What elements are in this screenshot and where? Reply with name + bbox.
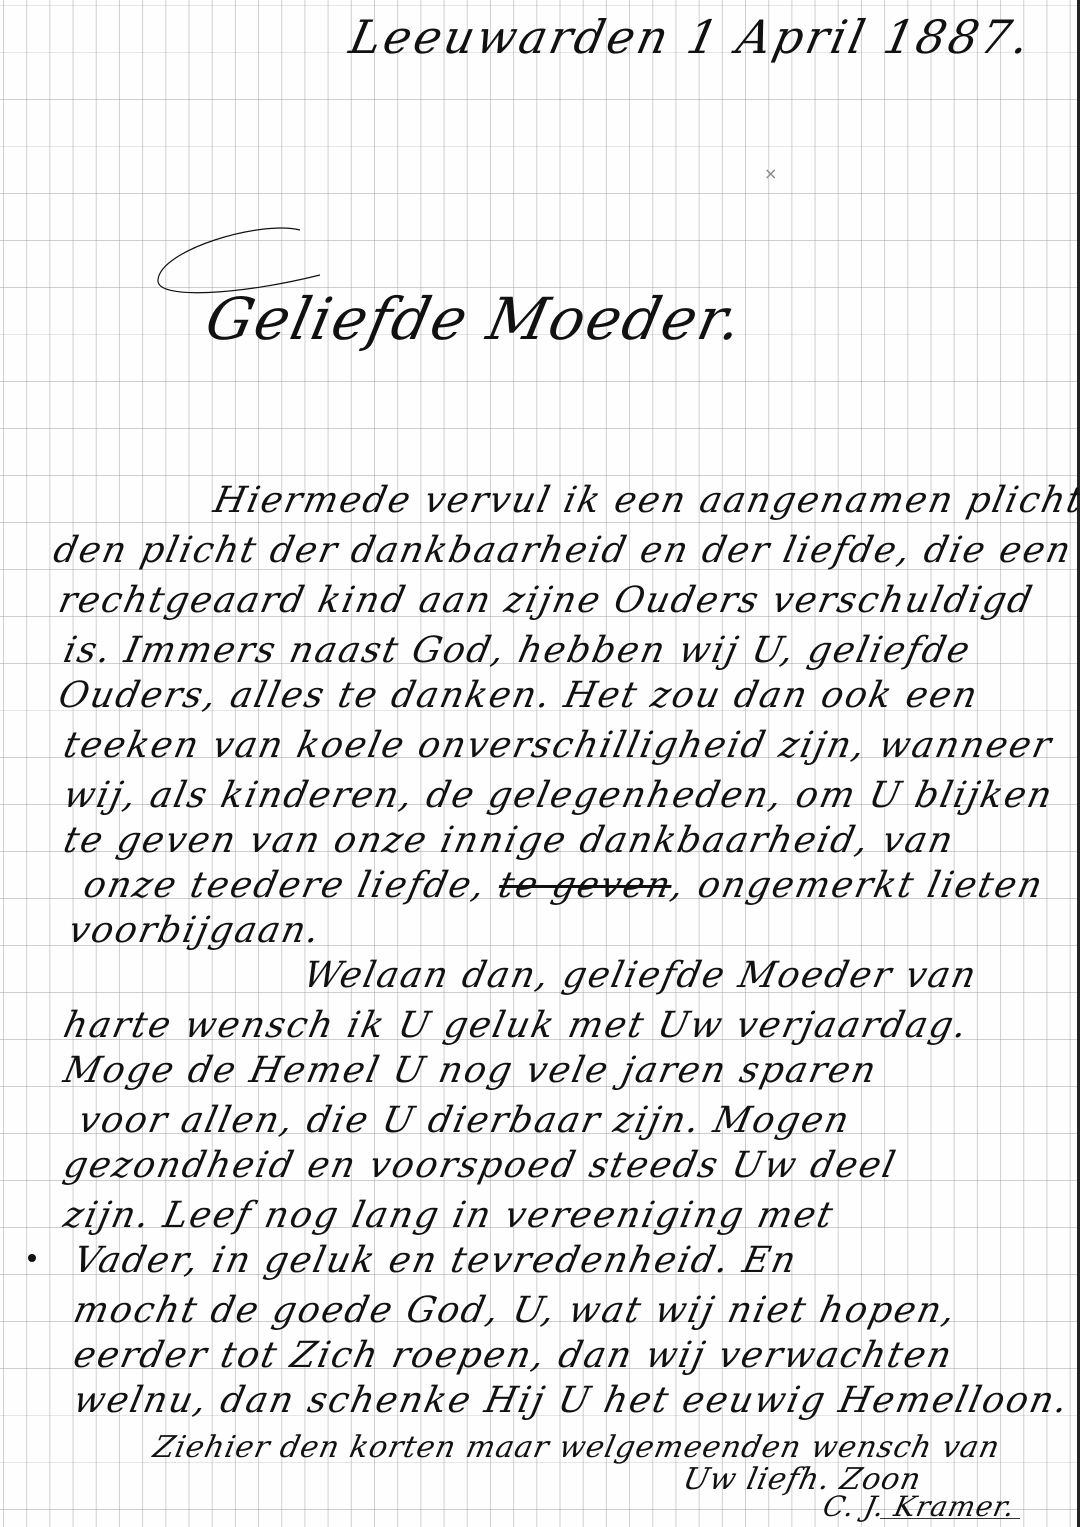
body-line: voor allen, die U dierbaar zijn. Mogen <box>75 1100 854 1141</box>
body-line: Ouders, alles te danken. Het zou dan ook… <box>55 675 983 716</box>
body-line: Vader, in geluk en tevredenheid. En <box>70 1240 801 1281</box>
body-line: onze teedere liefde, te geven, ongemerkt… <box>80 865 1048 906</box>
signature-underline <box>880 1518 1020 1519</box>
body-line: eerder tot Zich roepen, dan wij verwacht… <box>70 1335 957 1376</box>
salutation: Geliefde Moeder. <box>200 285 750 353</box>
body-line: voorbijgaan. <box>65 910 325 951</box>
body-line: Hiermede vervul ik een aangenamen plicht… <box>210 480 1080 521</box>
body-line: Welaan dan, geliefde Moeder van <box>300 955 981 996</box>
margin-dot <box>28 1254 36 1262</box>
body-line: Moge de Hemel U nog vele jaren sparen <box>60 1050 881 1091</box>
stray-mark: × <box>764 164 777 183</box>
body-line: teeken van koele onverschilligheid zijn,… <box>60 725 1056 766</box>
body-line: den plicht der dankbaarheid en der liefd… <box>50 530 1076 571</box>
body-line: rechtgeaard kind aan zijne Ouders versch… <box>55 580 1037 621</box>
body-text: ongemerkt lieten <box>694 865 1048 906</box>
body-line: is. Immers naast God, hebben wij U, geli… <box>60 630 975 671</box>
body-line: welnu, dan schenke Hij U het eeuwig Heme… <box>70 1380 1073 1421</box>
body-line: zijn. Leef nog lang in vereeniging met <box>60 1195 838 1236</box>
struck-text: te geven <box>495 865 676 906</box>
body-line: harte wensch ik U geluk met Uw verjaarda… <box>60 1005 972 1046</box>
body-line: gezondheid en voorspoed steeds Uw deel <box>60 1145 901 1186</box>
place-date: Leeuwarden 1 April 1887. <box>345 10 1037 64</box>
body-text: onze teedere liefde, <box>80 865 490 906</box>
body-line: wij, als kinderen, de gelegenheden, om U… <box>60 775 1057 816</box>
closing-line: Ziehier den korten maar welgemeenden wen… <box>150 1430 1003 1465</box>
body-line: te geven van onze innige dankbaarheid, v… <box>60 820 958 861</box>
body-line: mocht de goede God, U, wat wij niet hope… <box>70 1290 961 1331</box>
